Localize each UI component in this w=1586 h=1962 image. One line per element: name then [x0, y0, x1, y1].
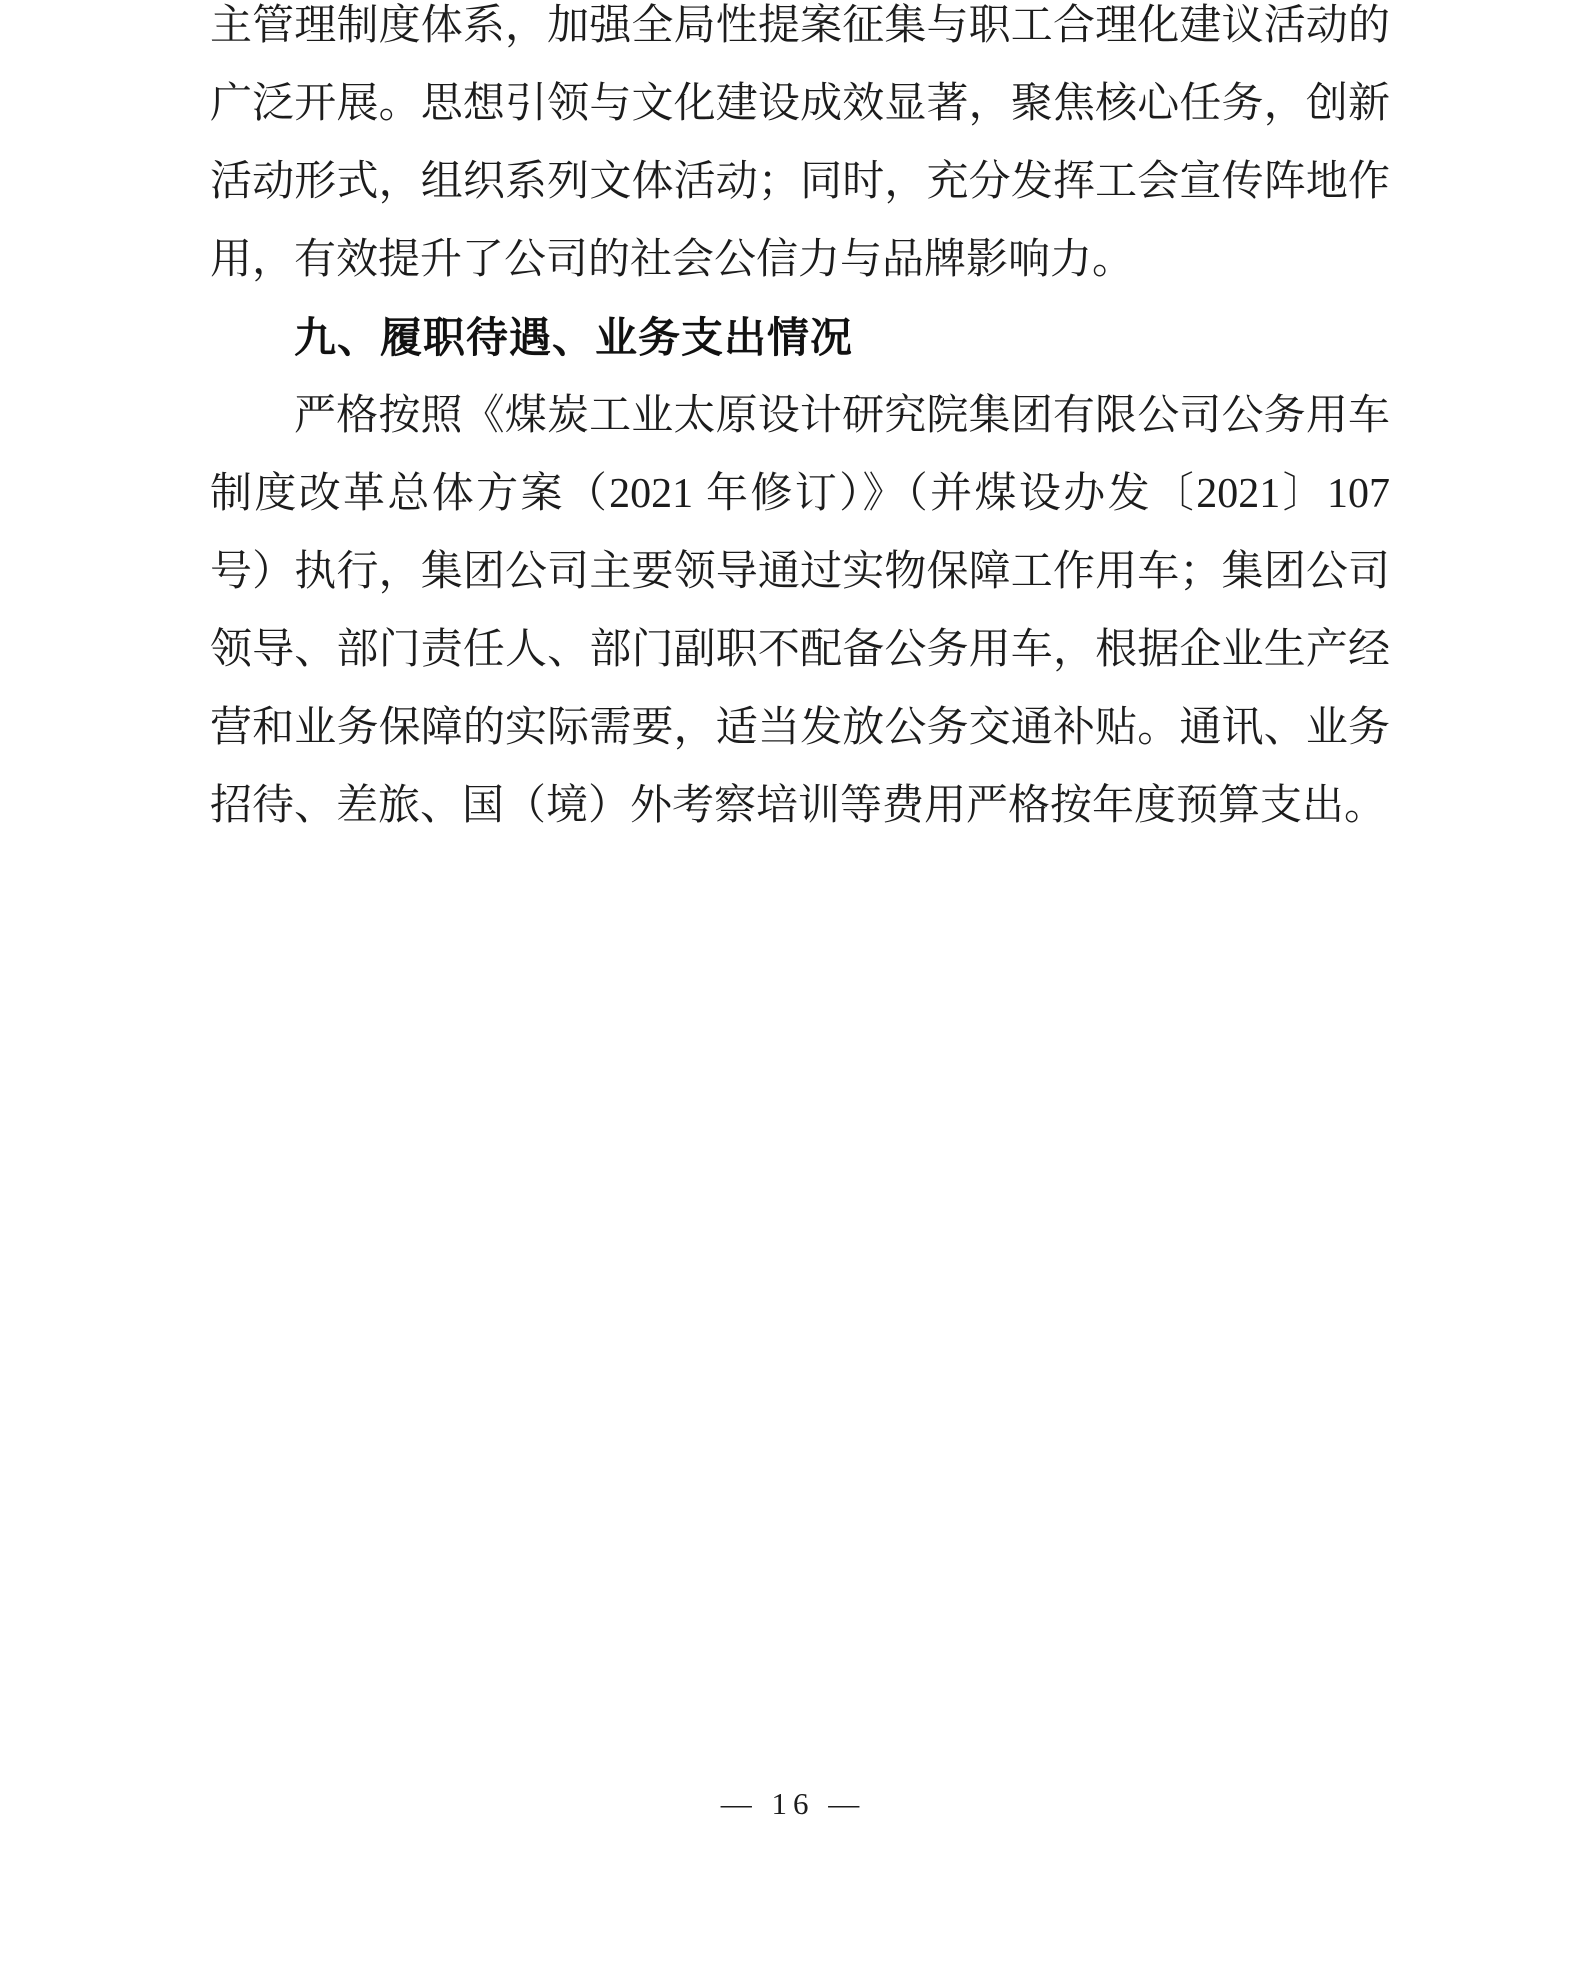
- page-number: — 16 —: [0, 1784, 1586, 1824]
- page-body-text: 主管理制度体系，加强全局性提案征集与职工合理化建议活动的 广泛开展。思想引领与文…: [210, 0, 1390, 845]
- paragraph-line: 号）执行，集团公司主要领导通过实物保障工作用车；集团公司: [210, 533, 1390, 611]
- paragraph-line: 用，有效提升了公司的社会公信力与品牌影响力。: [210, 221, 1390, 299]
- paragraph-line: 广泛开展。思想引领与文化建设成效显著，聚焦核心任务，创新: [210, 65, 1390, 143]
- paragraph-line: 主管理制度体系，加强全局性提案征集与职工合理化建议活动的: [210, 0, 1390, 65]
- paragraph-line: 领导、部门责任人、部门副职不配备公务用车，根据企业生产经: [210, 611, 1390, 689]
- paragraph-line: 制度改革总体方案（2021 年修订）》（并煤设办发〔2021〕107: [210, 455, 1390, 533]
- document-page: 主管理制度体系，加强全局性提案征集与职工合理化建议活动的 广泛开展。思想引领与文…: [0, 0, 1586, 1962]
- section-heading: 九、履职待遇、业务支出情况: [210, 299, 1390, 377]
- paragraph-line: 招待、差旅、国（境）外考察培训等费用严格按年度预算支出。: [210, 767, 1390, 845]
- paragraph-line: 严格按照《煤炭工业太原设计研究院集团有限公司公务用车: [210, 377, 1390, 455]
- paragraph-line: 营和业务保障的实际需要，适当发放公务交通补贴。通讯、业务: [210, 689, 1390, 767]
- paragraph-line: 活动形式，组织系列文体活动；同时，充分发挥工会宣传阵地作: [210, 143, 1390, 221]
